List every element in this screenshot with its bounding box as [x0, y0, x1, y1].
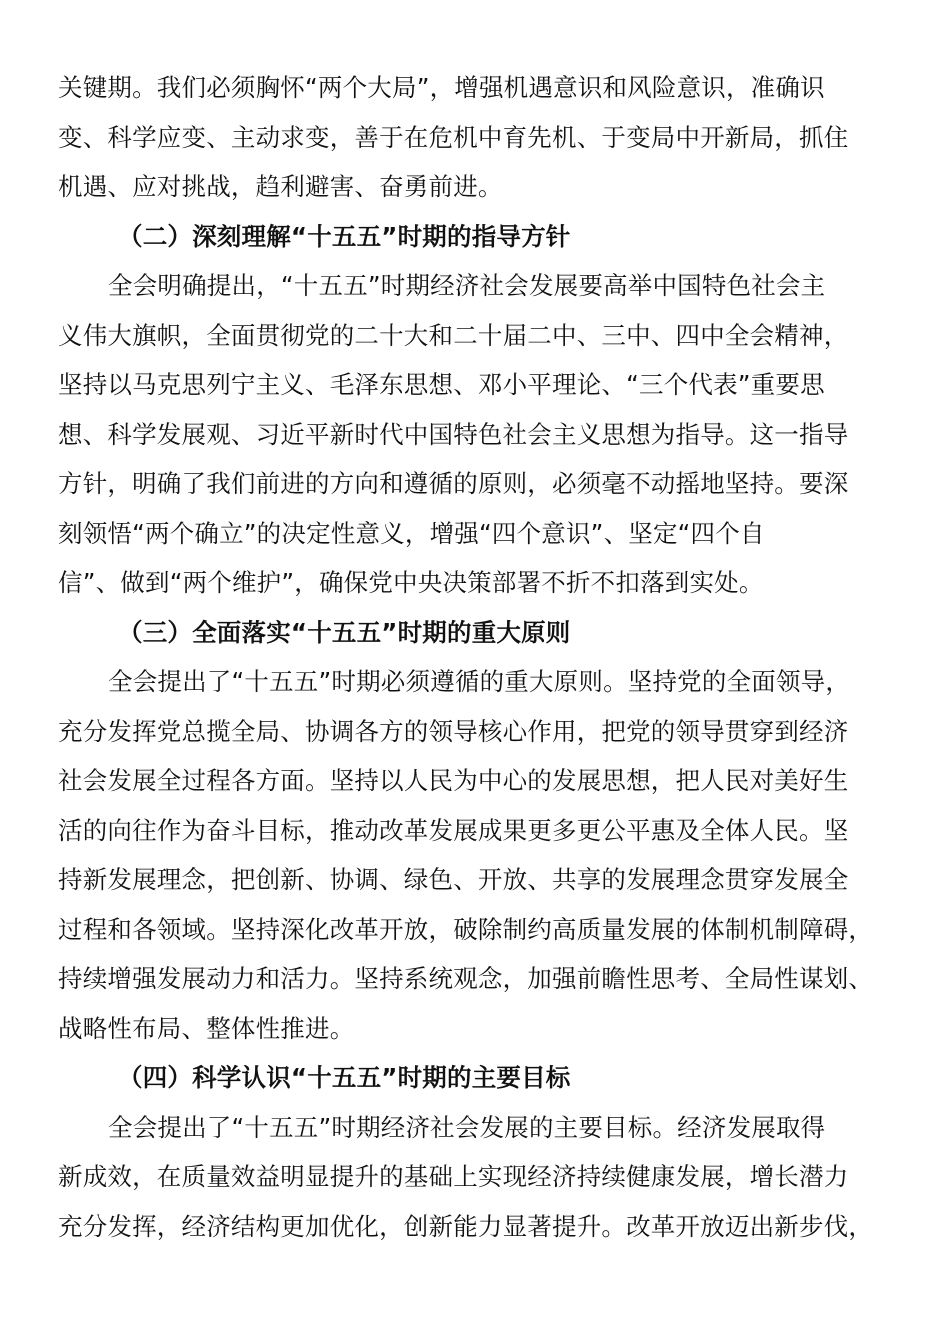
text-line: 机遇、应对挑战，趋利避害、奋勇前进。 [58, 167, 503, 207]
paragraph-first-line: 全会提出了“十五五”时期必须遵循的重大原则。坚持党的全面领导， [108, 662, 850, 702]
paragraph-first-line: 全会提出了“十五五”时期经济社会发展的主要目标。经济发展取得 [108, 1108, 825, 1148]
text-line: 活的向往作为奋斗目标，推动改革发展成果更多更公平惠及全体人民。坚 [58, 811, 848, 851]
text-line: 充分发挥，经济结构更加优化，创新能力显著提升。改革开放迈出新步伐， [58, 1207, 873, 1247]
text-line: 信”、做到“两个维护”，确保党中央决策部署不折不扣落到实处。 [58, 563, 764, 603]
paragraph-first-line: 全会明确提出，“十五五”时期经济社会发展要高举中国特色社会主 [108, 266, 825, 306]
text-line: 变、科学应变、主动求变，善于在危机中育先机、于变局中开新局，抓住 [58, 118, 848, 158]
text-line: 充分发挥党总揽全局、协调各方的领导核心作用，把党的领导贯穿到经济 [58, 712, 848, 752]
text-line: 社会发展全过程各方面。坚持以人民为中心的发展思想，把人民对美好生 [58, 761, 848, 801]
text-line: 关键期。我们必须胸怀“两个大局”，增强机遇意识和风险意识，准确识 [58, 68, 825, 108]
section-heading-2: （二）深刻理解“十五五”时期的指导方针 [118, 217, 571, 257]
text-line: 义伟大旗帜，全面贯彻党的二十大和二十届二中、三中、四中全会精神， [58, 316, 848, 356]
text-line: 坚持以马克思列宁主义、毛泽东思想、邓小平理论、“三个代表”重要思 [58, 365, 825, 405]
section-heading-4: （四）科学认识“十五五”时期的主要目标 [118, 1058, 571, 1098]
text-line: 过程和各领域。坚持深化改革开放，破除制约高质量发展的体制机制障碍， [58, 910, 873, 950]
section-heading-3: （三）全面落实“十五五”时期的重大原则 [118, 613, 571, 653]
text-line: 持新发展理念，把创新、协调、绿色、开放、共享的发展理念贯穿发展全 [58, 860, 848, 900]
text-line: 想、科学发展观、习近平新时代中国特色社会主义思想为指导。这一指导 [58, 415, 848, 455]
text-line: 刻领悟“两个确立”的决定性意义，增强“四个意识”、坚定“四个自 [58, 514, 765, 554]
text-line: 持续增强发展动力和活力。坚持系统观念，加强前瞻性思考、全局性谋划、 [58, 959, 873, 999]
text-line: 方针，明确了我们前进的方向和遵循的原则，必须毫不动摇地坚持。要深 [58, 464, 848, 504]
document-page: 关键期。我们必须胸怀“两个大局”，增强机遇意识和风险意识，准确识 变、科学应变、… [0, 0, 950, 1344]
text-line: 新成效，在质量效益明显提升的基础上实现经济持续健康发展，增长潜力 [58, 1157, 848, 1197]
text-line: 战略性布局、整体性推进。 [58, 1009, 354, 1049]
